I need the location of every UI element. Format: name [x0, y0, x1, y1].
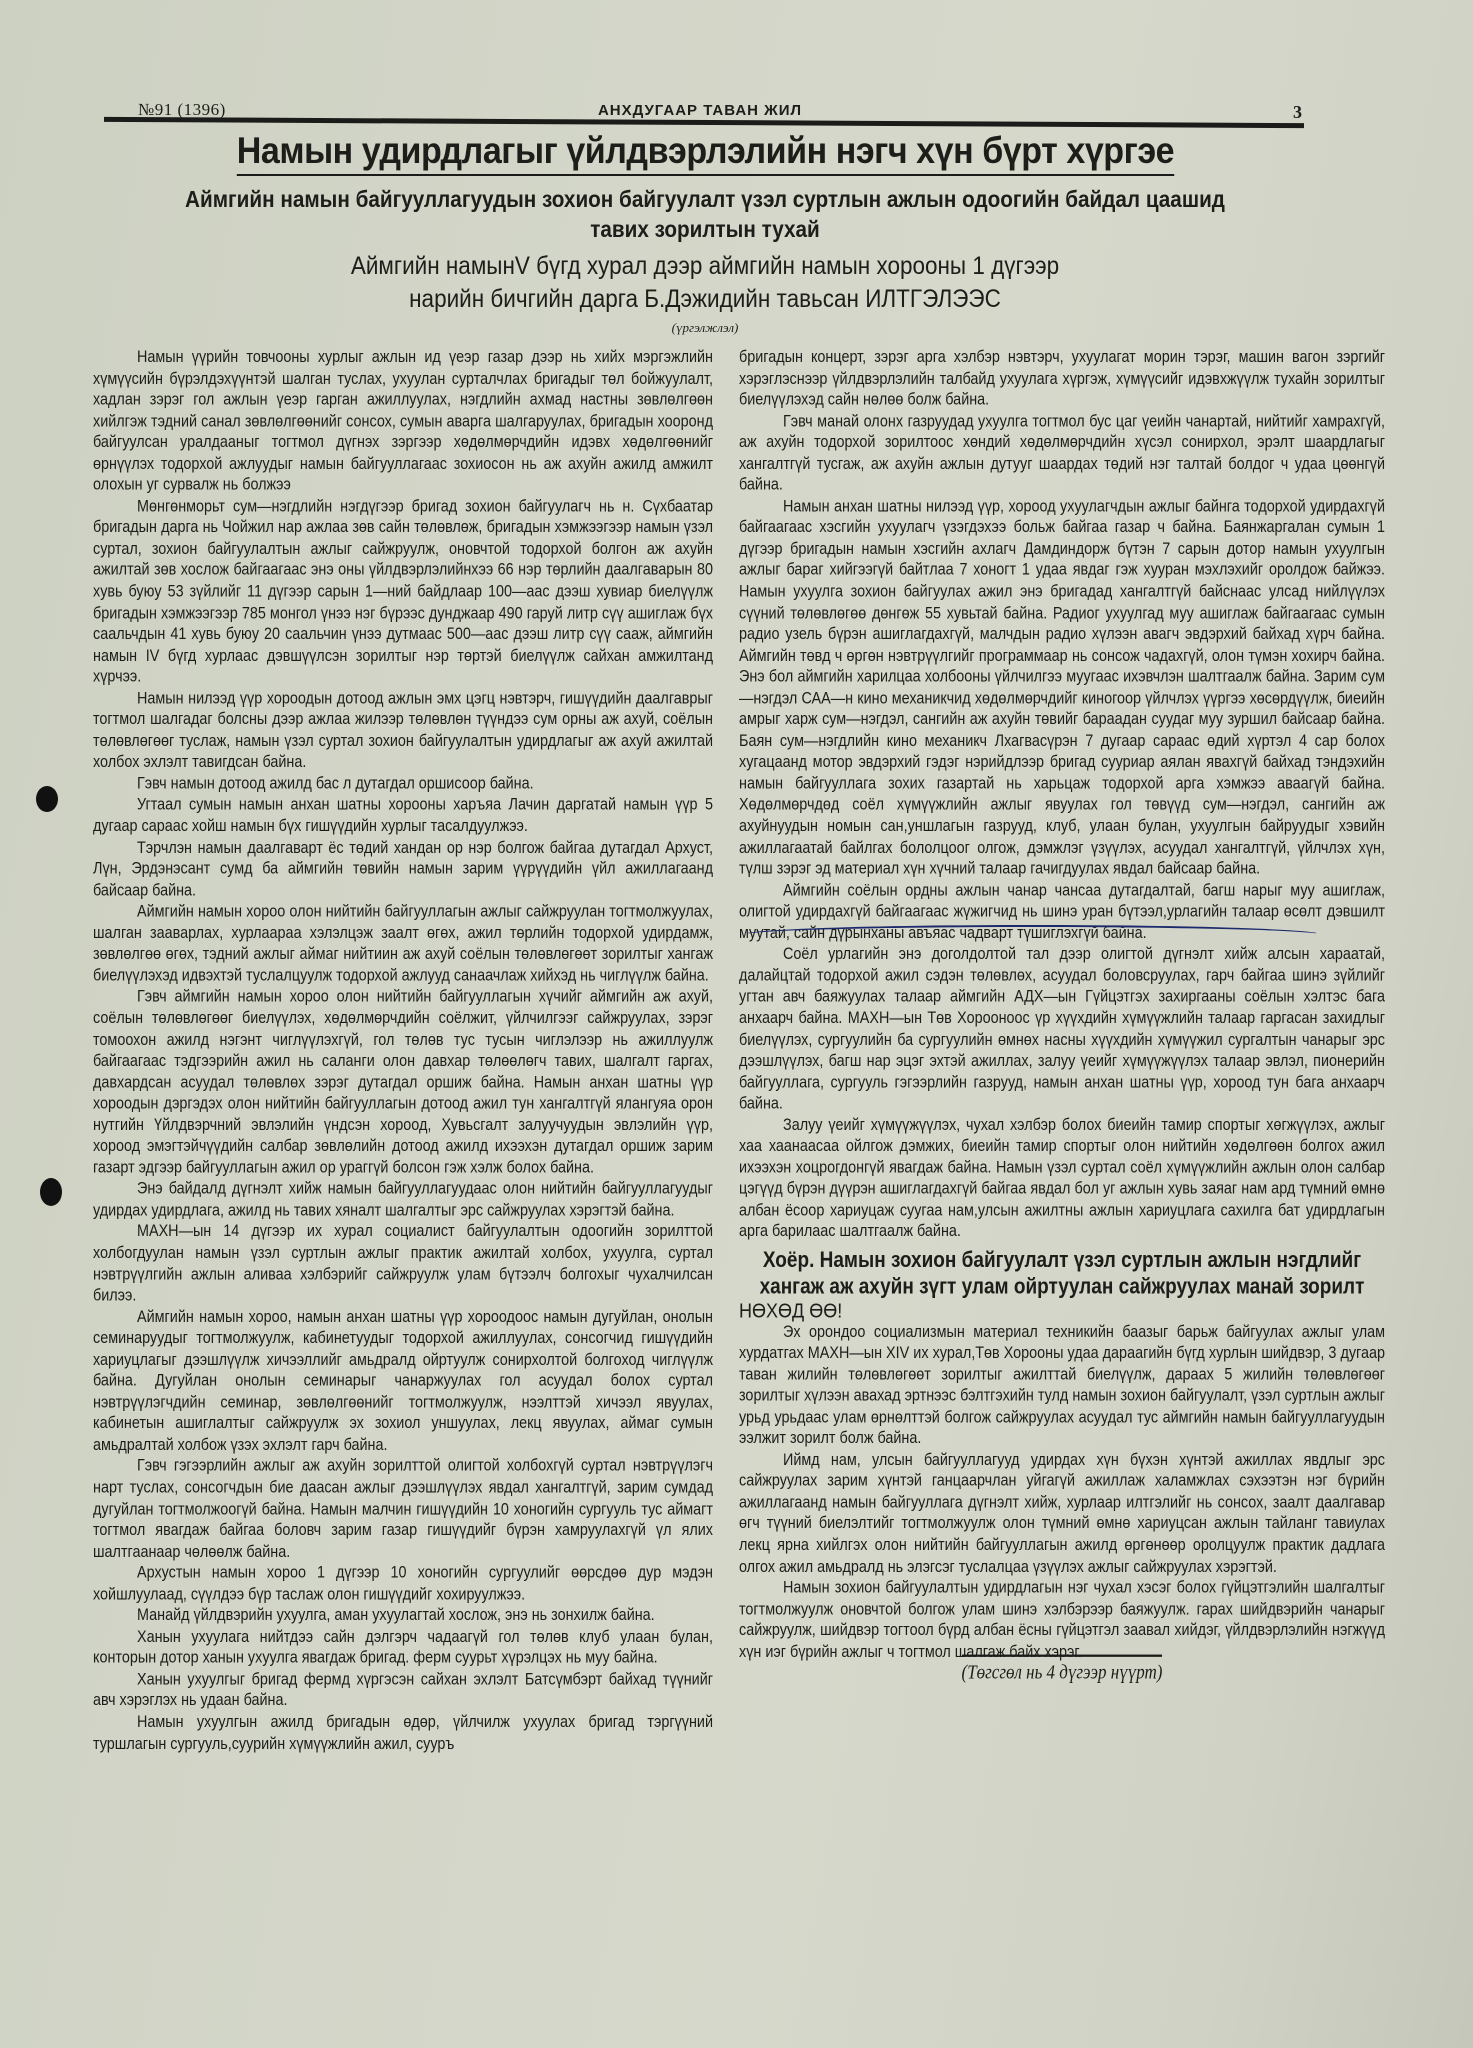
- left-column: Намын үүрийн товчооны хурлыг ажлын ид үе…: [93, 347, 713, 1755]
- page-number: 3: [1293, 102, 1302, 123]
- paragraph: Намын зохион байгуулалтын удирдлагын нэг…: [739, 1578, 1385, 1663]
- paragraph: Ханын ухуулага нийтдээ сайн дэлгэрч чада…: [93, 1627, 713, 1670]
- paragraph: Залуу үеийг хүмүүжүүлэх, чухал хэлбэр бо…: [739, 1115, 1385, 1243]
- newspaper-name: АНХДУГААР ТАВАН ЖИЛ: [100, 102, 1300, 119]
- ink-blot: [40, 1178, 62, 1206]
- byline-line-2: нарийн бичгийн дарга Б.Дэжидийн тавьсан …: [161, 283, 1250, 316]
- paragraph: Манайд үйлдвэрийн ухуулга, аман ухуулагт…: [93, 1605, 713, 1626]
- section-two-salutation: НӨХӨД ӨӨ!: [739, 1300, 1385, 1321]
- subhead: Аймгийн намын байгууллагуудын зохион бай…: [161, 184, 1250, 244]
- byline: Аймгийн намынV бүгд хурал дээр аймгийн н…: [161, 250, 1250, 316]
- paragraph: Аймгийн намын хороо олон нийтийн байгуул…: [93, 902, 713, 987]
- section-two-paragraphs: Эх орондоо социализмын материал техникий…: [739, 1322, 1385, 1663]
- continued-label: (үргэлжлэл): [100, 320, 1310, 336]
- paragraph: Тэрчлэн намын даалгаварт ёс төдий хандан…: [93, 838, 713, 902]
- paragraph: Гэвч гэгээрлийн ажлыг аж ахуйн зорилттой…: [93, 1456, 713, 1563]
- paragraph: бригадын концерт, зэрэг арга хэлбэр нэвт…: [739, 347, 1385, 411]
- paragraph: Архустын намын хороо 1 дүгээр 10 хоногий…: [93, 1563, 713, 1606]
- paragraph: Ханын ухуулгыг бригад фермд хүргэсэн сай…: [93, 1669, 713, 1712]
- paragraph: Намын ухуулгын ажилд бригадын өдөр, үйлч…: [93, 1712, 713, 1755]
- paragraph: Иймд нам, улсын байгууллагууд удирдах хү…: [739, 1450, 1385, 1578]
- paragraph: Гэвч намын дотоод ажилд бас л дутагдал о…: [93, 774, 713, 795]
- paragraph: Энэ байдалд дүгнэлт хийж намын байгуулла…: [93, 1179, 713, 1222]
- byline-line-1: Аймгийн намынV бүгд хурал дээр аймгийн н…: [161, 250, 1250, 283]
- section-two-heading: Хоёр. Намын зохион байгуулалт үзэл суртл…: [739, 1247, 1385, 1300]
- right-column: бригадын концерт, зэрэг арга хэлбэр нэвт…: [739, 347, 1385, 1684]
- paragraph: Мөнгөнморьт сум—нэгдлийн нэгдүгээр брига…: [93, 496, 713, 688]
- paragraph: Угтаал сумын намын анхан шатны хорооны х…: [93, 795, 713, 838]
- paragraph: Аймгийн намын хороо, намын анхан шатны ү…: [93, 1307, 713, 1456]
- paragraph: Намын анхан шатны нилээд үүр, хороод уху…: [739, 496, 1385, 880]
- continuation-note: (Төгсгөл нь 4 дүгээр нүүрт): [739, 1663, 1385, 1684]
- paragraph: Намын үүрийн товчооны хурлыг ажлын ид үе…: [93, 347, 713, 496]
- headline: Намын удирдлагыг үйлдвэрлэлийн нэгч хүн …: [236, 130, 1173, 176]
- right-column-paragraphs: бригадын концерт, зэрэг арга хэлбэр нэвт…: [739, 347, 1385, 1243]
- paragraph: Эх орондоо социализмын материал техникий…: [739, 1322, 1385, 1450]
- paragraph: МАХН—ын 14 дүгээр их хурал социалист бай…: [93, 1221, 713, 1306]
- paragraph: Гэвч аймгийн намын хороо олон нийтийн ба…: [93, 987, 713, 1179]
- article-header: Намын удирдлагыг үйлдвэрлэлийн нэгч хүн …: [100, 130, 1310, 336]
- paragraph: Намын нилээд үүр хороодын дотоод ажлын э…: [93, 688, 713, 773]
- paragraph: Соёл урлагийн энэ доголдолтой тал дээр о…: [739, 944, 1385, 1115]
- paragraph: Гэвч манай олонх газруудад ухуулга тогтм…: [739, 411, 1385, 496]
- ink-blot: [36, 786, 58, 812]
- pen-mark: [740, 925, 1324, 945]
